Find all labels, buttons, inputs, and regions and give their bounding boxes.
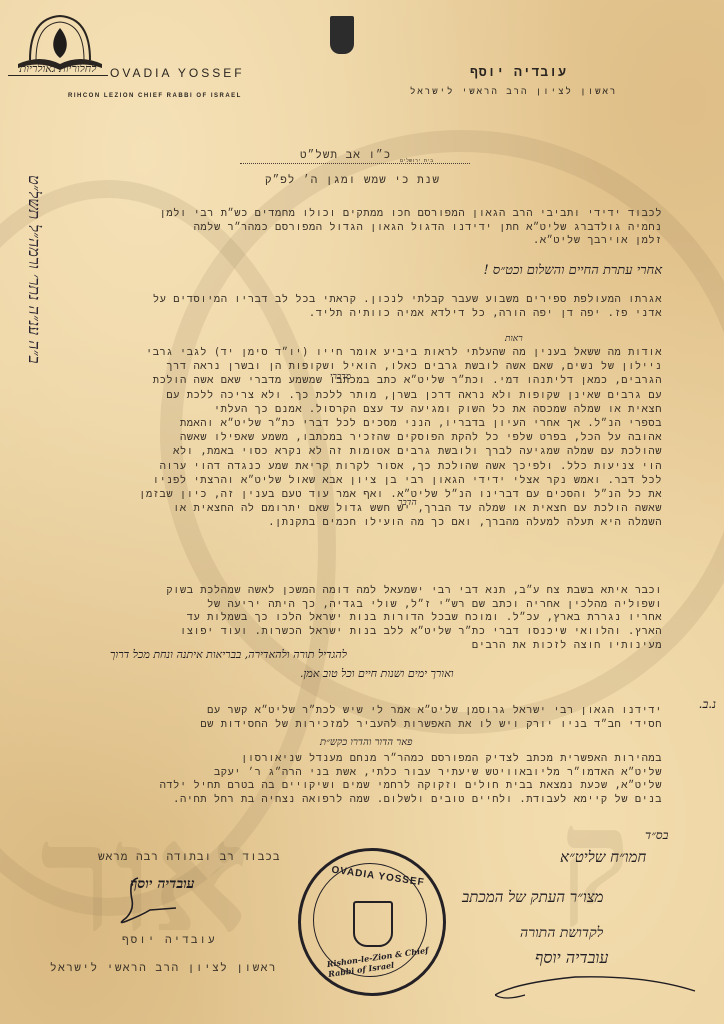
menorah-emblem-icon: [353, 901, 393, 947]
hebrew-year-phrase: שנת כי שמש ומגן ה׳ לפ״ק: [265, 173, 440, 187]
handwritten-insertion: להגדיל תורה ולהאדירה, בבריאות איתנה ונחת…: [110, 648, 347, 661]
typed-signatory-title: ראשון לציון הרב הראשי לישראל: [50, 961, 277, 975]
salutation: לכבוד ידידי ותביבי הרב הגאון המפורסם חכו…: [62, 207, 662, 248]
ps-marker: נ.ב.: [699, 697, 716, 712]
handwritten-greeting: אחרי עתרת החיים והשלום וכט״ס !: [483, 262, 662, 278]
logo-caption: לחלוריות גאולריות: [8, 62, 108, 76]
postscript-line: מצו״ר העתק של המכתב: [462, 888, 603, 907]
ps-paragraph-2: במהירות האפשרית מכתב לצדיק המפורסם כמהר״…: [62, 752, 662, 807]
handwritten-insertion: הדבר: [398, 497, 417, 508]
letterhead-english-name: OVADIA YOSSEF: [110, 66, 245, 80]
margin-handwritten-note: ב״ה ענ״ה נתר׳ ורמה״ל תשל״ט: [24, 175, 44, 363]
postscript-signature-flourish-icon: [495, 955, 705, 1000]
letterhead-hebrew-name: עובדיה יוסף: [470, 65, 567, 80]
state-emblem-icon: [330, 16, 354, 54]
ps-handwritten-insertion: פאר הדור והדרו כקש״ת: [320, 737, 412, 748]
body-paragraph-3: וכבר איתא בשבת צח ע״ב, תנא דבי רבי ישמעא…: [62, 584, 662, 653]
postscript-line: חמו״ח שליט״א: [560, 848, 646, 867]
typed-signatory-name: עובדיה יוסף: [122, 933, 217, 947]
closing-line: בכבוד רב ובתודה רבה מראש: [98, 850, 281, 864]
letterhead-hebrew-subtitle: ראשון לציון הרב הראשי לישראל: [410, 87, 617, 97]
letterhead-english-subtitle: RIHCON LEZION CHIEF RABBI OF ISRAEL: [68, 93, 242, 99]
postscript-line: בס״ד: [645, 828, 668, 843]
official-stamp: OVADIA YOSSEF Rishon-le-Zion & Chief Rab…: [298, 848, 446, 996]
signature-flourish-icon: [110, 870, 190, 930]
letter-date: כ״ו אב תשל״ט: [300, 148, 391, 162]
body-paragraph-2: אודות מה ששאל בענין מה שהעלתי לראות ביבי…: [62, 345, 662, 530]
date-underline: [240, 163, 470, 164]
body-paragraph-1: אגרתו המעולפת ספירים משבוע שעבר קבלתי לנ…: [62, 293, 662, 320]
handwritten-insertion: מדברי: [330, 371, 351, 382]
handwritten-insertion: ואורך ימים ושנות חיים וכל טוב אמן.: [300, 667, 454, 680]
handwritten-insertion: ראות: [505, 333, 523, 344]
ps-paragraph: ידידנו הגאון רבי ישראל גרוסמן שליט״א אמר…: [62, 704, 662, 731]
postscript-line: לקדושת התורה: [520, 925, 603, 942]
place-label: בית ירושלים: [400, 158, 433, 164]
